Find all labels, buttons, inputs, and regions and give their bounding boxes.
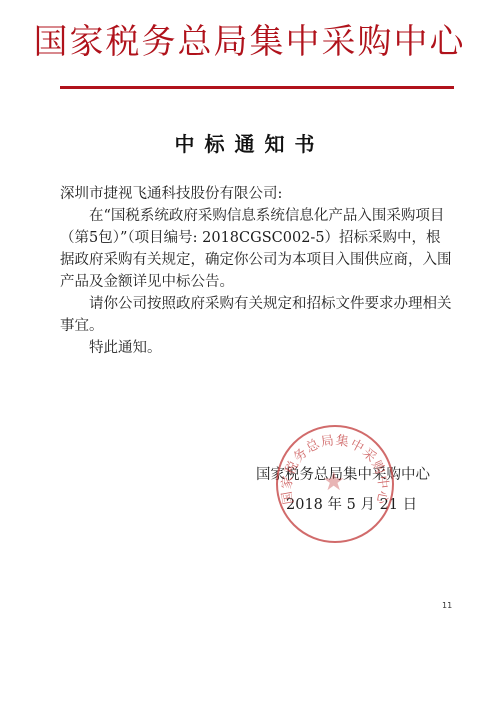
page-number: 11 bbox=[442, 601, 452, 610]
document-title: 中标通知书 bbox=[0, 128, 499, 157]
body-paragraph-2: 请你公司按照政府采购有关规定和招标文件要求办理相关事宜。 bbox=[60, 293, 452, 337]
document-body: 深圳市捷视飞通科技股份有限公司: 在“国税系统政府采购信息系统信息化产品入围采购… bbox=[60, 183, 452, 359]
letterhead-title: 国家税务总局集中采购中心 bbox=[0, 20, 499, 64]
letterhead-divider bbox=[60, 86, 454, 89]
body-paragraph-1: 在“国税系统政府采购信息系统信息化产品入围采购项目（第5包）”（项目编号: 20… bbox=[60, 205, 452, 293]
signature-organization: 国家税务总局集中采购中心 bbox=[256, 460, 456, 490]
addressee: 深圳市捷视飞通科技股份有限公司: bbox=[60, 183, 452, 205]
signature-block: 国家税务总局集中采购中心 2018 年 5 月 21 日 bbox=[256, 460, 456, 520]
body-paragraph-3: 特此通知。 bbox=[60, 337, 452, 359]
signature-date: 2018 年 5 月 21 日 bbox=[256, 490, 456, 520]
letterhead: 国家税务总局集中采购中心 bbox=[0, 20, 499, 64]
